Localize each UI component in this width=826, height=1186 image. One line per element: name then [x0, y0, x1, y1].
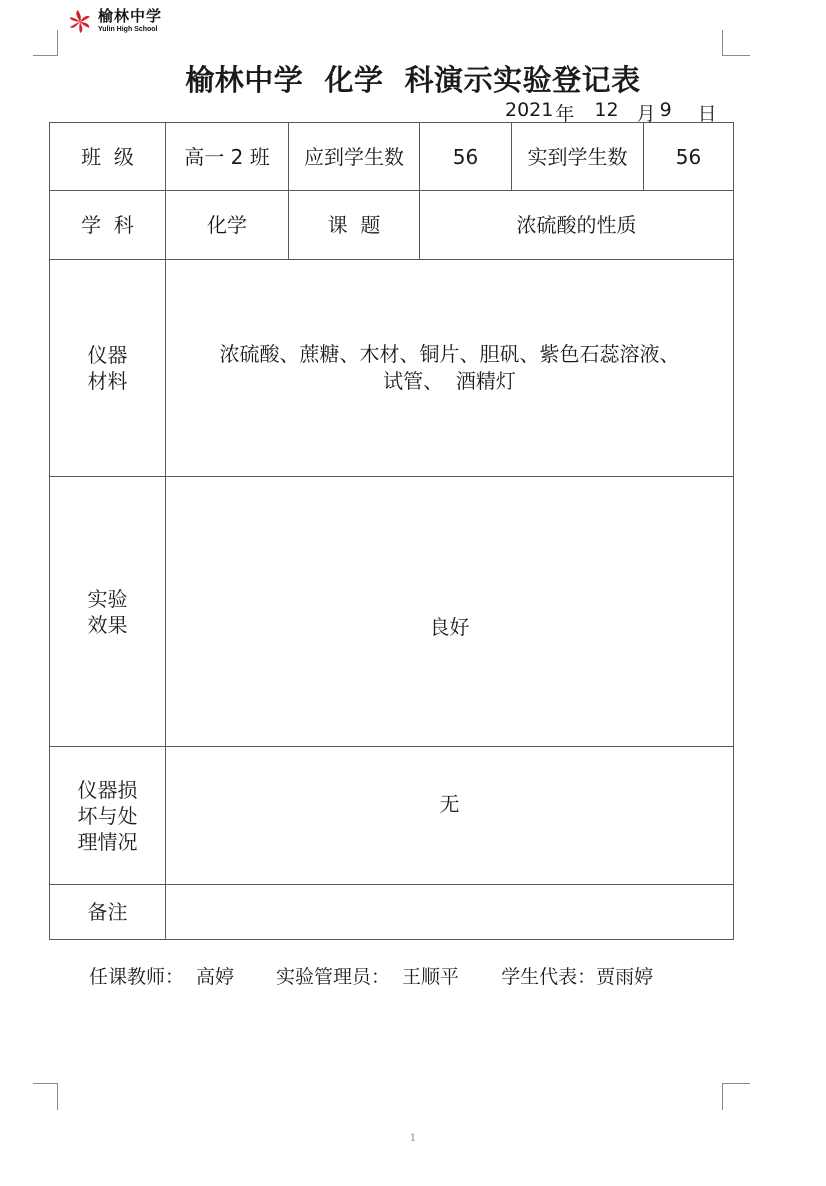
admin-label: 实验管理员：: [276, 962, 390, 989]
damage-label-line: 仪器损: [78, 778, 138, 802]
admin-name: 王顺平: [402, 962, 459, 989]
remarks-value: [166, 885, 734, 940]
corner-mark-top-left: [33, 30, 58, 56]
actual-students-label: 实到学生数: [512, 123, 644, 191]
page-number: 1: [0, 1133, 826, 1144]
materials-label-line: 材料: [88, 369, 128, 393]
effect-value-text: 良好: [430, 615, 470, 639]
table-row-class: 班 级 高一 2 班 应到学生数 56 实到学生数 56: [50, 123, 734, 191]
logo-name-en: Yulin High School: [98, 26, 162, 33]
materials-value-line: 浓硫酸、蔗糖、木材、铜片、胆矾、紫色石蕊溶液、: [220, 342, 680, 366]
materials-label: 仪器 材料: [50, 260, 166, 477]
logo-name-cn: 榆林中学: [98, 9, 162, 24]
subject-value: 化学: [166, 191, 289, 260]
damage-value: 无: [166, 747, 734, 885]
table-row-remarks: 备注: [50, 885, 734, 940]
table-row-subject: 学 科 化学 课 题 浓硫酸的性质: [50, 191, 734, 260]
expected-students-value: 56: [420, 123, 512, 191]
damage-label: 仪器损 坏与处 理情况: [50, 747, 166, 885]
effect-label-line: 实验: [88, 587, 128, 611]
teacher-label: 任课教师：: [89, 962, 184, 989]
materials-value: 浓硫酸、蔗糖、木材、铜片、胆矾、紫色石蕊溶液、 试管、 酒精灯: [166, 260, 734, 477]
student-rep-name: 贾雨婷: [596, 962, 653, 989]
table-row-effect: 实验 效果 良好: [50, 477, 734, 747]
class-label: 班 级: [50, 123, 166, 191]
subject-label: 学 科: [50, 191, 166, 260]
topic-label: 课 题: [289, 191, 420, 260]
student-rep-label: 学生代表：: [501, 962, 596, 989]
materials-value-line: 试管、 酒精灯: [383, 369, 516, 393]
registration-table: 班 级 高一 2 班 应到学生数 56 实到学生数 56 学 科 化学 课 题 …: [49, 122, 734, 940]
actual-students-value: 56: [644, 123, 734, 191]
class-value: 高一 2 班: [166, 123, 289, 191]
table-row-materials: 仪器 材料 浓硫酸、蔗糖、木材、铜片、胆矾、紫色石蕊溶液、 试管、 酒精灯: [50, 260, 734, 477]
remarks-label: 备注: [50, 885, 166, 940]
materials-label-line: 仪器: [88, 343, 128, 367]
expected-students-label: 应到学生数: [289, 123, 420, 191]
document-title: 榆林中学 化学 科演示实验登记表: [0, 58, 826, 99]
corner-mark-top-right: [722, 30, 750, 56]
effect-label-line: 效果: [88, 613, 128, 637]
pinwheel-logo-icon: [66, 7, 94, 35]
corner-mark-bottom-left: [33, 1083, 58, 1110]
corner-mark-bottom-right: [722, 1083, 750, 1110]
teacher-name: 高婷: [196, 962, 234, 989]
damage-label-line: 坏与处: [78, 804, 138, 828]
signature-line: 任课教师： 高婷 实验管理员： 王顺平 学生代表： 贾雨婷: [89, 962, 653, 989]
damage-label-line: 理情况: [78, 830, 138, 854]
damage-value-text: 无: [440, 792, 460, 816]
school-logo: 榆林中学 Yulin High School: [66, 6, 162, 36]
effect-label: 实验 效果: [50, 477, 166, 747]
topic-value: 浓硫酸的性质: [420, 191, 734, 260]
table-row-damage: 仪器损 坏与处 理情况 无: [50, 747, 734, 885]
effect-value: 良好: [166, 477, 734, 747]
